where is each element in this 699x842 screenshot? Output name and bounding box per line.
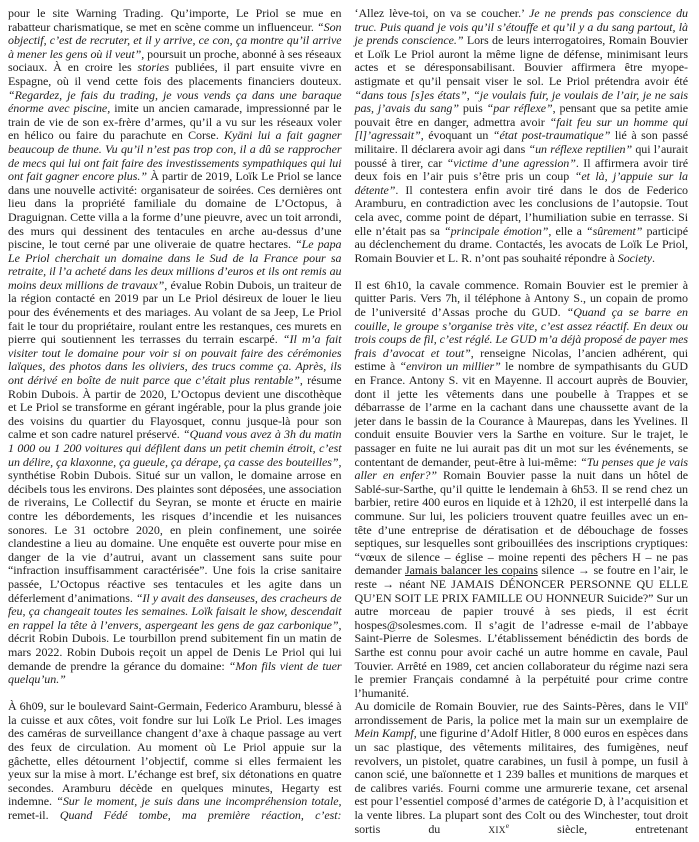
text-segment: À 6h09, sur le boulevard Saint-Germain, … — [8, 699, 342, 808]
text-segment: “principale émotion” — [444, 224, 548, 238]
paragraph: Il est 6h10, la cavale commence. Romain … — [355, 279, 689, 700]
article-page: pour le site Warning Trading. Qu’importe… — [0, 0, 699, 842]
text-segment: “environ un millier” — [399, 359, 500, 373]
paragraph: Au domicile de Romain Bouvier, rue des S… — [355, 700, 689, 838]
text-segment: stories — [138, 60, 170, 74]
paragraph: ‘Allez lève-toi, on va se coucher.’ Je n… — [355, 7, 689, 265]
text-segment: Au domicile de Romain Bouvier, rue des S… — [355, 699, 685, 713]
text-segment: , évoquant un — [421, 128, 493, 142]
text-segment: Quand Fédé tombe, ma première réaction, … — [60, 808, 342, 822]
paragraph: À 6h09, sur le boulevard Saint-Germain, … — [8, 700, 342, 822]
text-segment: pour le site Warning Trading. Qu’importe… — [8, 6, 342, 34]
text-segment: ‘Allez lève-toi, on va se coucher.’ — [355, 6, 530, 20]
text-segment: “victime d’une agression” — [447, 156, 576, 170]
article-column-left: pour le site Warning Trading. Qu’importe… — [8, 7, 342, 838]
text-segment: “un réflexe reptilien” — [528, 142, 632, 156]
text-segment: Jamais balancer les copains — [405, 563, 538, 577]
text-segment: Mein Kampf, — [355, 726, 417, 740]
text-segment: Romain Bouvier passe la nuit dans un hôt… — [355, 468, 689, 577]
text-segment: “sûrement” — [586, 224, 642, 238]
text-segment: xix — [488, 826, 505, 836]
article-column-right: ‘Allez lève-toi, on va se coucher.’ Je n… — [355, 7, 689, 838]
text-segment: remet-il. — [8, 808, 60, 822]
text-segment: , synthétise Robin Dubois. Situé sur un … — [8, 455, 342, 605]
text-segment: e — [685, 698, 688, 707]
text-segment: “état post-traumatique” — [493, 128, 610, 142]
text-segment: , elle a — [548, 224, 586, 238]
text-segment: “dans tous [s]es états” — [355, 88, 467, 102]
text-segment: “Sur le moment, je suis dans une incompr… — [56, 794, 341, 808]
text-segment: une figurine d’Adolf Hitler, 8 000 euros… — [355, 726, 689, 835]
article-columns: pour le site Warning Trading. Qu’importe… — [8, 7, 688, 838]
text-segment: siècle, entretenant — [509, 822, 688, 836]
paragraph: pour le site Warning Trading. Qu’importe… — [8, 7, 342, 687]
text-segment: “par réflexe” — [487, 101, 553, 115]
text-segment: le nombre de sympathisants du GUD en Fra… — [355, 359, 689, 468]
text-segment: puis — [459, 101, 487, 115]
text-segment: . — [652, 251, 655, 265]
text-segment: Society — [618, 251, 652, 265]
text-segment: silence → se foutre en l’air, le reste →… — [355, 563, 689, 699]
text-segment: arrondissement de Paris, la police met l… — [355, 713, 689, 727]
